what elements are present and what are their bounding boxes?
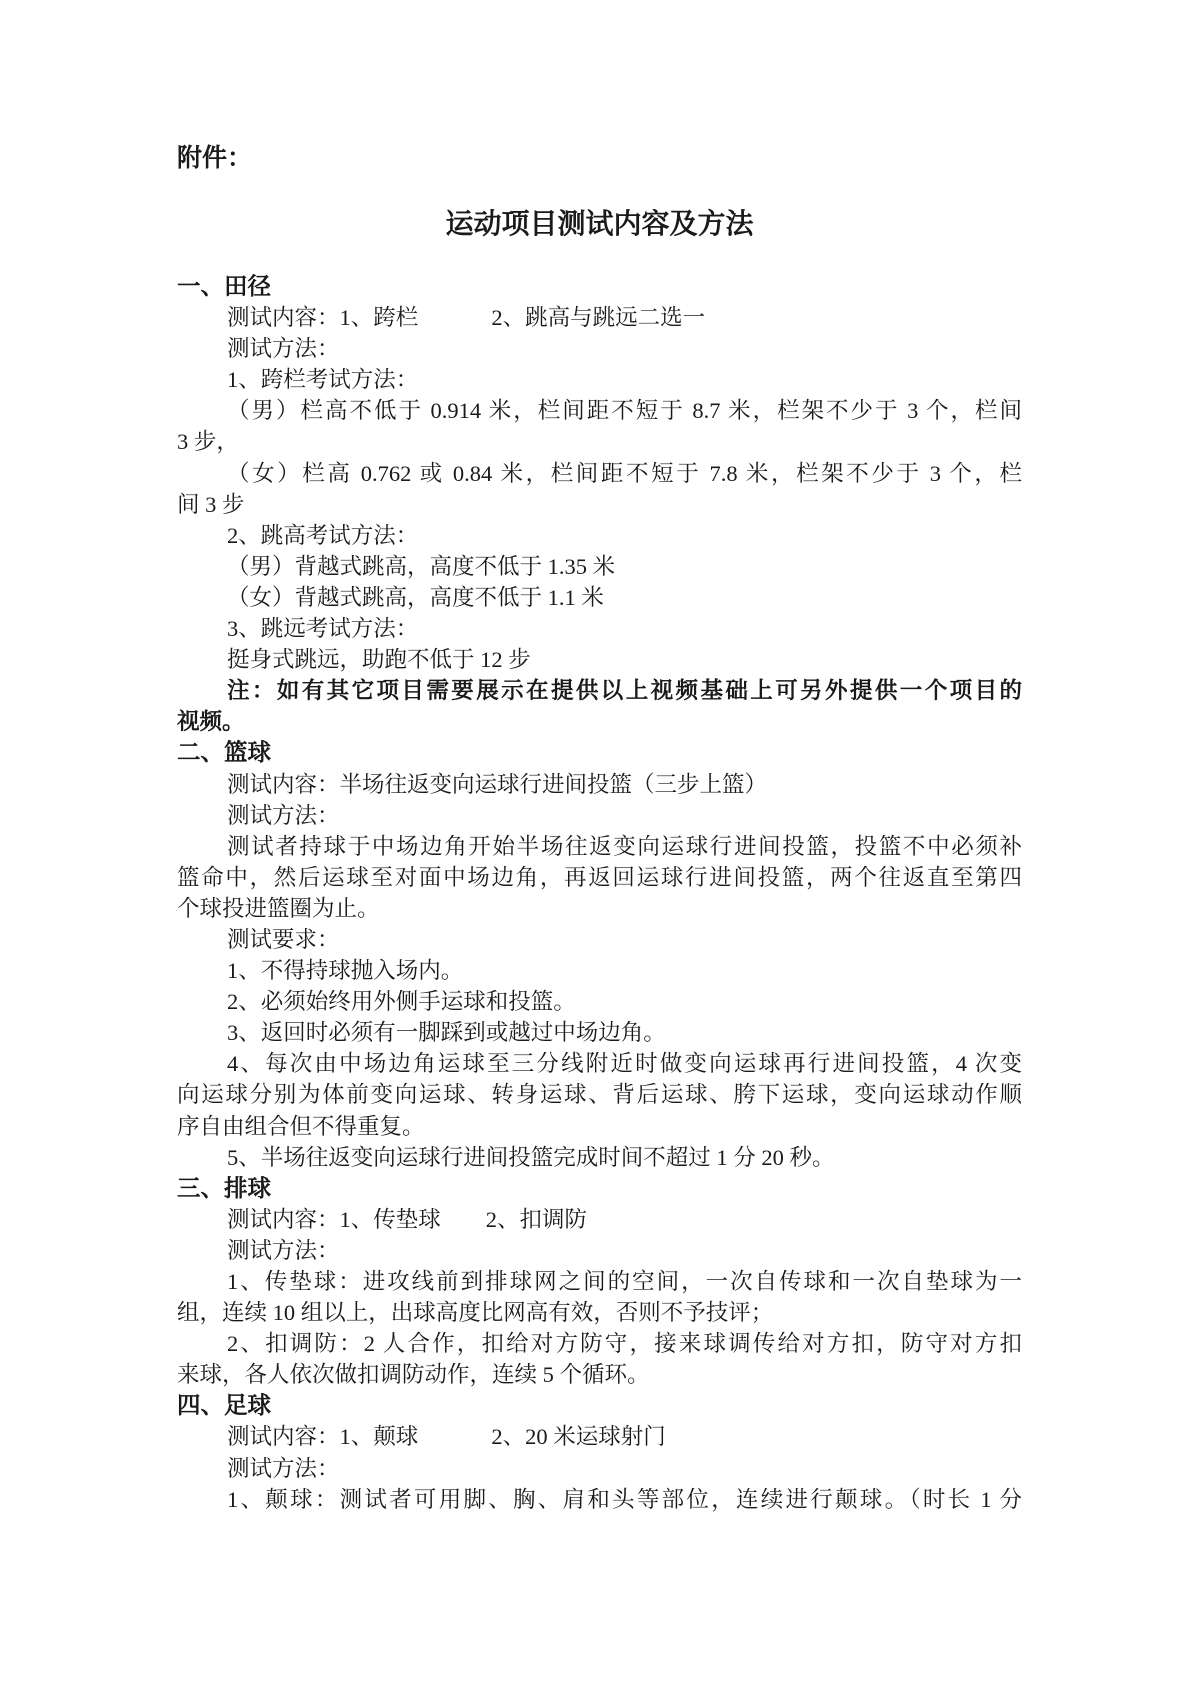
text-line: 3、跳远考试方法：	[177, 613, 1022, 644]
text-line: 1、颠球：测试者可用脚、胸、肩和头等部位，连续进行颠球。（时长 1 分	[177, 1484, 1022, 1515]
document-page: 附件： 运动项目测试内容及方法 一、田径测试内容：1、跨栏 2、跳高与跳远二选一…	[0, 0, 1190, 1683]
document-title: 运动项目测试内容及方法	[177, 205, 1022, 243]
text-line: 测试内容：1、颠球 2、20 米运球射门	[177, 1421, 1022, 1452]
text-line: （女）背越式跳高，高度不低于 1.1 米	[177, 582, 1022, 613]
text-line: （女）栏高 0.762 或 0.84 米，栏间距不短于 7.8 米，栏架不少于 …	[177, 458, 1022, 489]
text-line: 测试内容：半场往返变向运球行进间投篮（三步上篮）	[177, 769, 1022, 800]
text-line: 2、必须始终用外侧手运球和投篮。	[177, 986, 1022, 1017]
section-heading: 四、足球	[177, 1390, 1022, 1421]
text-line: （男）栏高不低于 0.914 米，栏间距不短于 8.7 米，栏架不少于 3 个，…	[177, 395, 1022, 426]
text-line: 来球，各人依次做扣调防动作，连续 5 个循环。	[177, 1359, 1022, 1390]
text-line: 篮命中，然后运球至对面中场边角，再返回运球行进间投篮，两个往返直至第四	[177, 862, 1022, 893]
text-line: 1、跨栏考试方法：	[177, 364, 1022, 395]
text-line: 3 步，	[177, 426, 1022, 457]
section-heading: 三、排球	[177, 1173, 1022, 1204]
text-line: 组，连续 10 组以上，出球高度比网高有效，否则不予技评；	[177, 1297, 1022, 1328]
text-line: 测试方法：	[177, 1235, 1022, 1266]
text-line: （男）背越式跳高，高度不低于 1.35 米	[177, 551, 1022, 582]
text-line: 5、半场往返变向运球行进间投篮完成时间不超过 1 分 20 秒。	[177, 1142, 1022, 1173]
text-line: 1、不得持球抛入场内。	[177, 955, 1022, 986]
text-line: 4、每次由中场边角运球至三分线附近时做变向运球再行进间投篮，4 次变	[177, 1048, 1022, 1079]
text-line: 测试方法：	[177, 800, 1022, 831]
text-line: 注：如有其它项目需要展示在提供以上视频基础上可另外提供一个项目的	[177, 675, 1022, 706]
text-line: 1、传垫球：进攻线前到排球网之间的空间，一次自传球和一次自垫球为一	[177, 1266, 1022, 1297]
text-line: 视频。	[177, 706, 1022, 737]
text-line: 间 3 步	[177, 489, 1022, 520]
attachment-label: 附件：	[177, 141, 252, 175]
text-line: 测试方法：	[177, 1453, 1022, 1484]
text-line: 挺身式跳远，助跑不低于 12 步	[177, 644, 1022, 675]
text-line: 向运球分别为体前变向运球、转身运球、背后运球、胯下运球，变向运球动作顺	[177, 1079, 1022, 1110]
text-line: 测试方法：	[177, 333, 1022, 364]
text-line: 测试要求：	[177, 924, 1022, 955]
section-heading: 一、田径	[177, 271, 1022, 302]
text-line: 3、返回时必须有一脚踩到或越过中场边角。	[177, 1017, 1022, 1048]
text-line: 2、扣调防：2 人合作，扣给对方防守，接来球调传给对方扣，防守对方扣	[177, 1328, 1022, 1359]
text-line: 2、跳高考试方法：	[177, 520, 1022, 551]
text-line: 序自由组合但不得重复。	[177, 1111, 1022, 1142]
text-line: 个球投进篮圈为止。	[177, 893, 1022, 924]
section-heading: 二、篮球	[177, 737, 1022, 768]
text-line: 测试者持球于中场边角开始半场往返变向运球行进间投篮，投篮不中必须补	[177, 831, 1022, 862]
text-line: 测试内容：1、传垫球 2、扣调防	[177, 1204, 1022, 1235]
text-line: 测试内容：1、跨栏 2、跳高与跳远二选一	[177, 302, 1022, 333]
document-body: 一、田径测试内容：1、跨栏 2、跳高与跳远二选一测试方法：1、跨栏考试方法：（男…	[177, 271, 1022, 1515]
